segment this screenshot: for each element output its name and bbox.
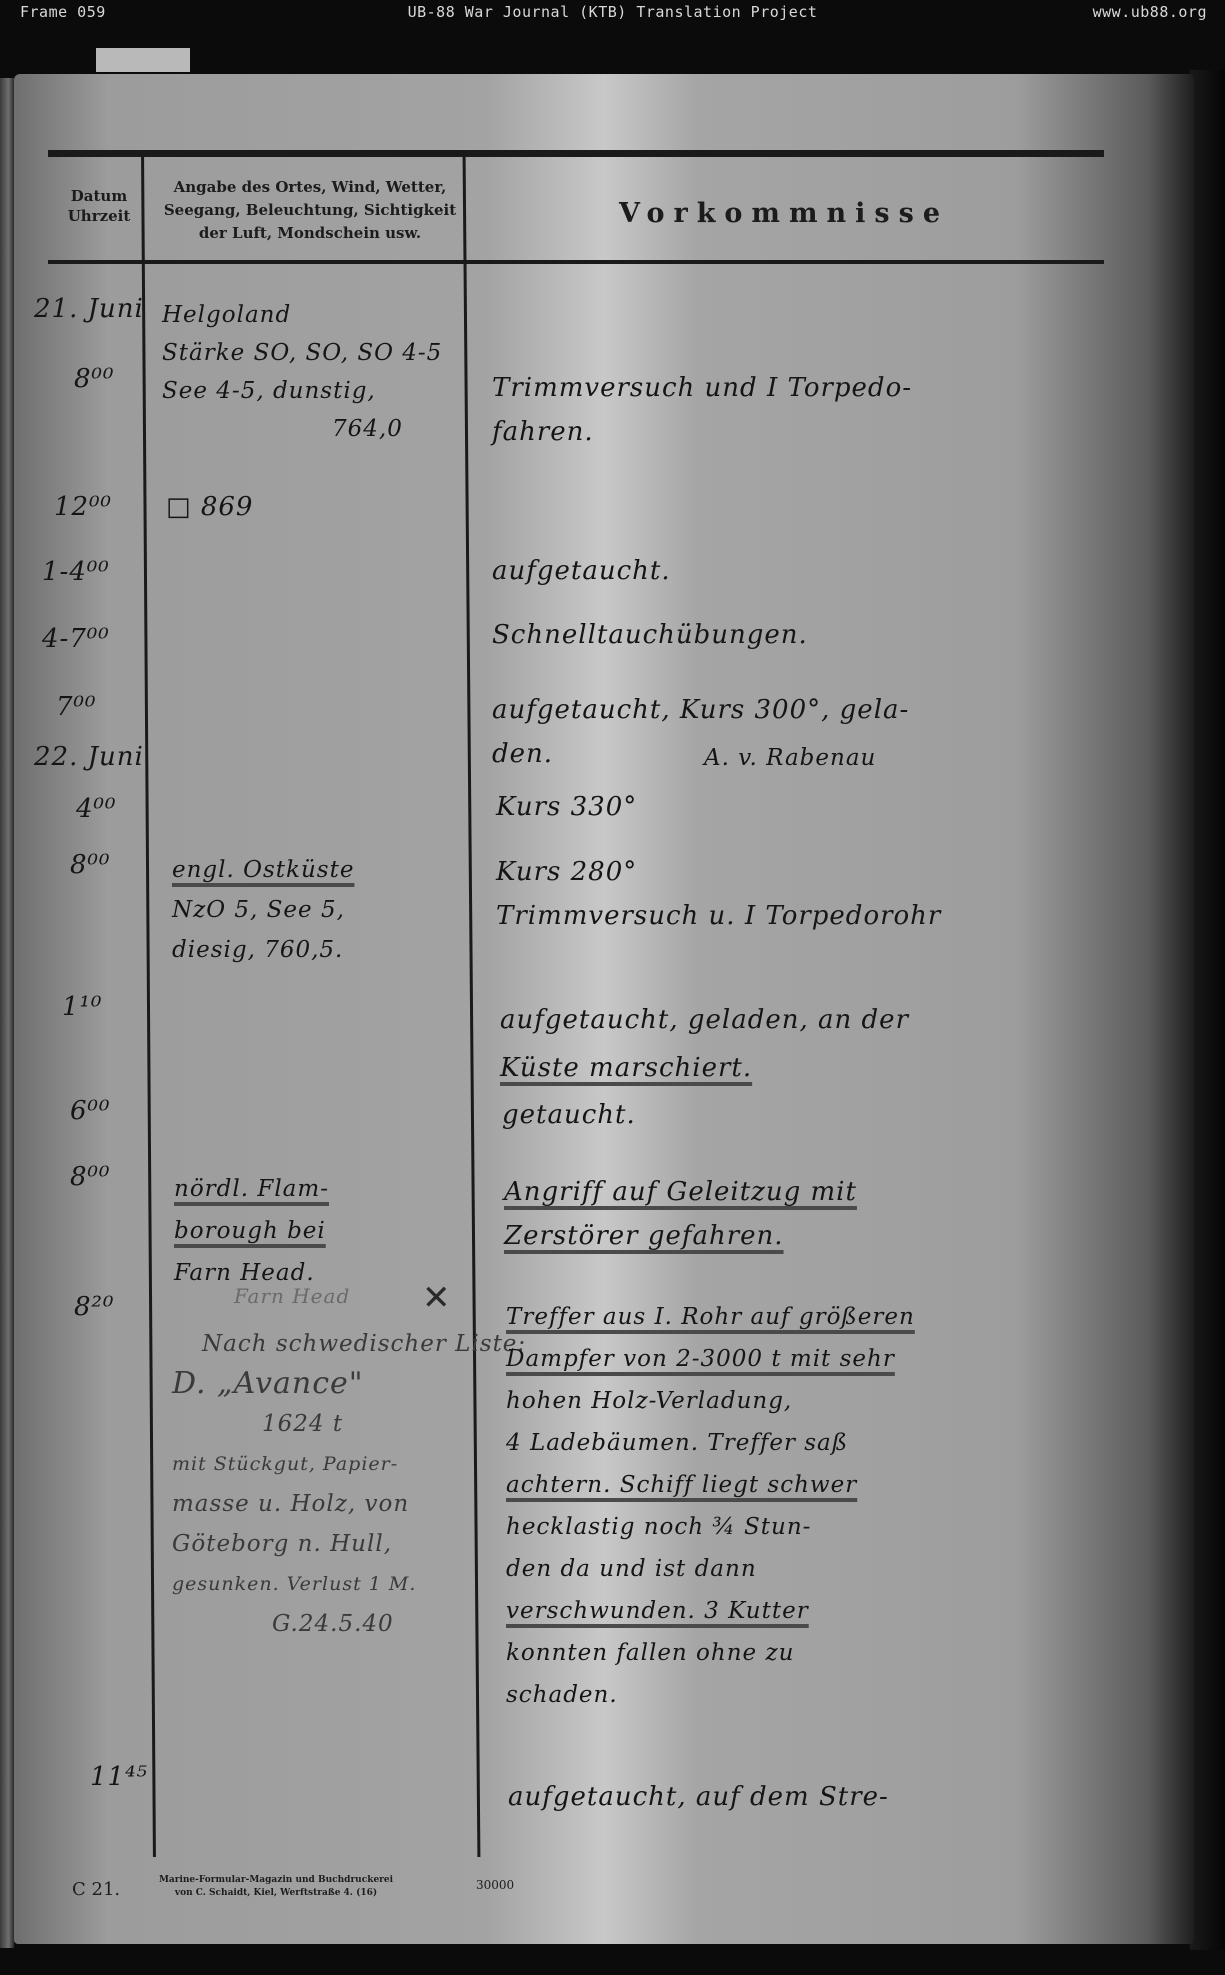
page-shadow [1190,70,1225,1950]
header-time-label: Uhrzeit [54,206,144,226]
entry-event: Kurs 330° [496,794,637,821]
entry-time: 1-4⁰⁰ [42,559,110,586]
pencil-annotation: Farn Head [234,1286,350,1307]
print-run: 30000 [476,1878,514,1892]
entry-time: 1¹⁰ [62,994,102,1021]
entry-time: 6⁰⁰ [70,1098,110,1125]
printer-line: Marine-Formular-Magazin und Buchdruckere… [146,1874,406,1887]
printer-imprint: Marine-Formular-Magazin und Buchdruckere… [146,1874,406,1900]
entry-event: getaucht. [502,1102,636,1129]
place-line: NzO 5, See 5, [172,890,354,930]
sinking-annotation: Nach schwedischer Liste: D. „Avance" 162… [172,1324,526,1644]
event-line: Kurs 280° [496,850,941,894]
place-line: diesig, 760,5. [172,930,354,970]
entry-time: 8⁰⁰ [74,366,114,393]
entry-place: engl. Ostküste NzO 5, See 5, diesig, 760… [172,850,354,970]
printer-line: von C. Schaidt, Kiel, Werftstraße 4. (16… [146,1887,406,1900]
event-line: achtern. Schiff liegt schwer [506,1464,915,1506]
entry-time: 7⁰⁰ [56,694,96,721]
entry-event: Kurs 280° Trimmversuch u. Ⅰ Torpedorohr [496,850,941,938]
header-place-line: Seegang, Beleuchtung, Sichtigkeit [154,199,466,222]
event-line: Treffer aus I. Rohr auf größeren [506,1296,915,1338]
event-line: hecklastig noch ¾ Stun- [506,1506,915,1548]
entry-event: Trimmversuch und Ⅰ Torpedo- fahren. [492,366,912,454]
annotation-line: 1624 t [172,1404,526,1444]
entry-place: □ 869 [166,494,253,521]
annotation-line: masse u. Holz, von [172,1484,526,1524]
entry-place: nördl. Flam- borough bei Farn Head. [174,1168,329,1294]
annotation-line: Nach schwedischer Liste: [172,1324,526,1364]
form-number: C 21. [72,1879,120,1900]
event-line: aufgetaucht, Kurs 300°, gela- [492,688,909,732]
header-top-rule [48,150,1104,157]
place-line: See 4-5, dunstig, [162,372,442,410]
project-title: UB-88 War Journal (KTB) Translation Proj… [0,3,1225,21]
header-place: Angabe des Ortes, Wind, Wetter, Seegang,… [154,176,466,245]
column-divider-1 [141,157,156,1857]
entry-date: 22. Juni [34,744,144,771]
signature: A. v. Rabenau [704,746,876,770]
event-line: Angriff auf Geleitzug mit [504,1170,857,1214]
place-line: engl. Ostküste [172,850,354,890]
entry-time: 12⁰⁰ [54,494,112,521]
event-line: Küste marschiert. [500,1044,909,1092]
journal-page: Datum Uhrzeit Angabe des Ortes, Wind, We… [14,74,1194,1944]
previous-page-edge [0,78,14,1948]
event-line: Zerstörer gefahren. [504,1214,857,1258]
header-place-line: Angabe des Ortes, Wind, Wetter, [154,176,466,199]
header-bottom-rule [48,260,1104,264]
entry-event: Treffer aus I. Rohr auf größeren Dampfer… [506,1296,915,1716]
event-line: den da und ist dann [506,1548,915,1590]
event-line: 4 Ladebäumen. Treffer saß [506,1422,915,1464]
place-line: Stärke SO, SO, SO 4-5 [162,334,442,372]
entry-date: 21. Juni [34,296,144,323]
place-line: 764,0 [162,410,442,448]
annotation-signature: G.24.5.40 [172,1604,526,1644]
project-url: www.ub88.org [1093,3,1207,21]
header-events: Vorkommnisse [484,198,1084,229]
entry-time: 8⁰⁰ [70,1164,110,1191]
event-line: konnten fallen ohne zu [506,1632,915,1674]
entry-event: Angriff auf Geleitzug mit Zerstörer gefa… [504,1170,857,1258]
entry-event: aufgetaucht. [492,558,671,585]
event-line: Dampfer von 2-3000 t mit sehr [506,1338,915,1380]
entry-time: 8⁰⁰ [70,852,110,879]
annotation-line: gesunken. Verlust 1 M. [172,1564,526,1604]
annotation-line: D. „Avance" [172,1364,526,1404]
entry-time: 4⁰⁰ [76,796,116,823]
entry-event: aufgetaucht, auf dem Stre- [508,1784,889,1811]
place-line: Helgoland [162,296,442,334]
entry-time: 8²⁰ [74,1294,114,1321]
entry-event: aufgetaucht, geladen, an der Küste marsc… [500,996,909,1092]
annotation-line: mit Stückgut, Papier- [172,1444,526,1484]
header-date-label: Datum [54,186,144,206]
event-line: Trimmversuch und Ⅰ Torpedo- [492,366,912,410]
place-line: borough bei [174,1210,329,1252]
binder-tab [96,48,190,72]
event-line: verschwunden. 3 Kutter [506,1590,915,1632]
event-line: fahren. [492,410,912,454]
banner: Frame 059 UB-88 War Journal (KTB) Transl… [0,0,1225,28]
header-datetime: Datum Uhrzeit [54,186,144,226]
event-line: schaden. [506,1674,915,1716]
header-place-line: der Luft, Mondschein usw. [154,222,466,245]
entry-event: Schnelltauchübungen. [492,622,808,649]
place-line: nördl. Flam- [174,1168,329,1210]
sinking-mark-icon: ✕ [422,1278,451,1318]
event-line: hohen Holz-Verladung, [506,1380,915,1422]
entry-time: 11⁴⁵ [90,1764,148,1791]
event-line: Trimmversuch u. Ⅰ Torpedorohr [496,894,941,938]
event-line: aufgetaucht, geladen, an der [500,996,909,1044]
entry-time: 4-7⁰⁰ [42,626,110,653]
annotation-line: Göteborg n. Hull, [172,1524,526,1564]
entry-place: Helgoland Stärke SO, SO, SO 4-5 See 4-5,… [162,296,442,448]
